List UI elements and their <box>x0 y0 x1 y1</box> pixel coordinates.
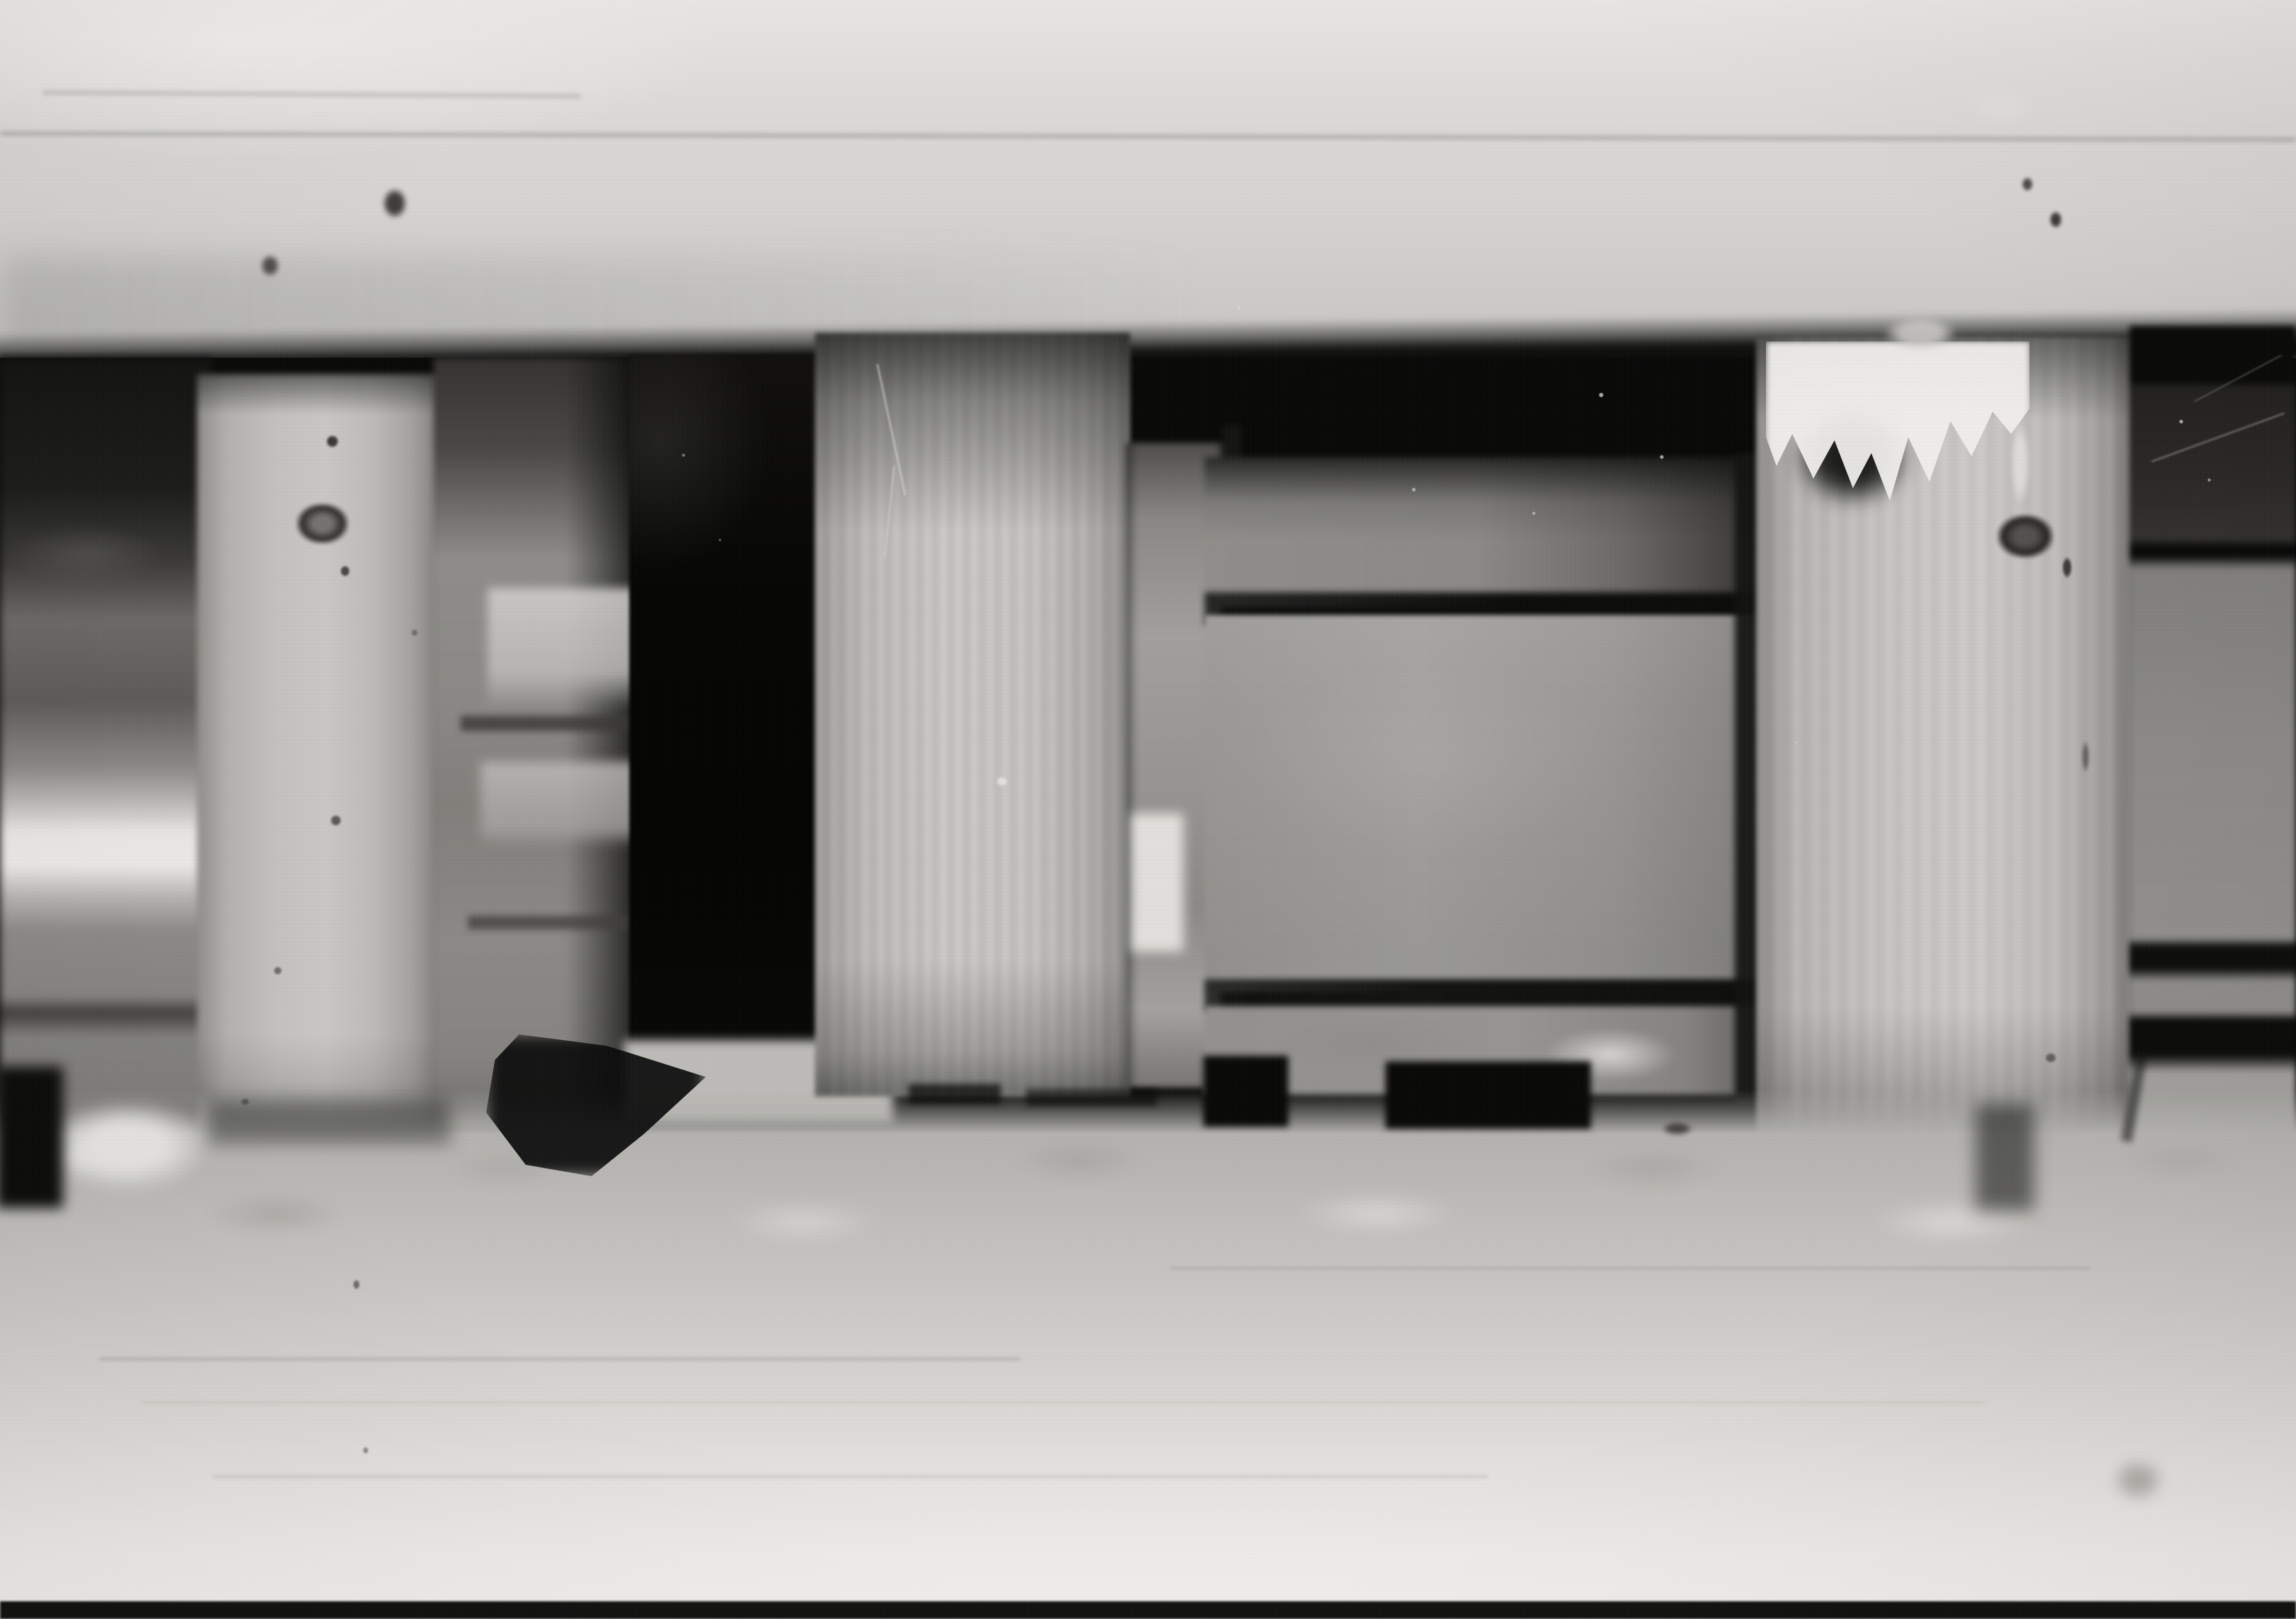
log-wall <box>0 358 213 1176</box>
panel-upper-board <box>1205 457 1768 607</box>
base-shadow-dash <box>908 1084 1001 1104</box>
pier-mortar-joint <box>468 915 631 930</box>
ground-highlight <box>47 1102 206 1190</box>
ground-streak <box>213 1475 1488 1478</box>
brick-pier <box>434 358 646 1130</box>
base-slot-shadow <box>1203 1056 1288 1127</box>
ground-streak <box>142 1401 1984 1404</box>
base-shadow <box>209 1100 450 1144</box>
pier-brick-patch <box>488 588 636 709</box>
photograph <box>0 0 2296 1619</box>
base-shadow-dash <box>1026 1089 1157 1106</box>
ground-streak <box>99 1358 1020 1360</box>
board-wall-right <box>2129 326 2296 1194</box>
base-shadow <box>0 1066 63 1208</box>
ground-streak <box>1169 1267 2090 1270</box>
base-slot-shadow <box>1385 1061 1591 1129</box>
bottom-edge <box>0 1601 2296 1619</box>
pier-brick-patch <box>480 762 640 847</box>
beam-highlight <box>0 0 992 213</box>
pier-mortar-joint <box>461 716 631 731</box>
panel-main <box>1205 615 1768 992</box>
base-shadow <box>1976 1104 2034 1210</box>
post-left <box>197 374 441 1180</box>
post-center <box>815 333 1130 1097</box>
board-chip-highlight <box>1131 813 1183 952</box>
